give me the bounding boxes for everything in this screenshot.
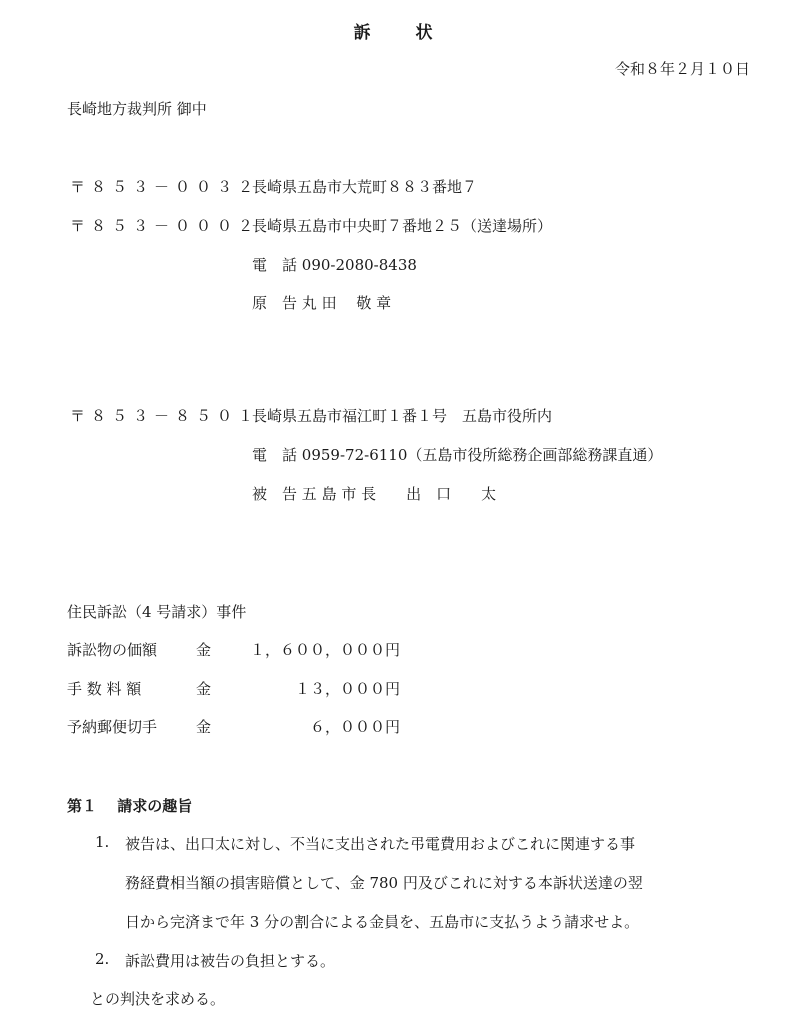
plaintiff-name: 丸 田 敬 章 (302, 294, 391, 312)
defendant-zip: 〒８５３－８５０１ (70, 405, 259, 426)
plaintiff-zip-1: 〒８５３－００３２ (70, 176, 259, 197)
phone-label: 電 話 (252, 256, 297, 274)
plaintiff-zip-2: 〒８５３－０００２ (70, 215, 259, 236)
defendant-name: 五 島 市 長 出 口 太 (302, 485, 496, 503)
plaintiff-address-2: 長崎県五島市中央町７番地２５（送達場所） (252, 215, 552, 236)
plaintiff-phone: 090-2080-8438 (302, 256, 417, 274)
item-2-line-1: 訴訟費用は被告の負担とする。 (125, 950, 335, 971)
plaintiff-phone-row: 電 話 090-2080-8438 (252, 254, 417, 275)
phone-label: 電 話 (252, 446, 297, 464)
item-1-line-3: 日から完済まで年 3 分の割合による金員を、五島市に支払うよう請求せよ。 (125, 911, 639, 932)
document-title: 訴 状 (0, 18, 800, 43)
plaintiff-name-row: 原 告 丸 田 敬 章 (252, 292, 391, 313)
item-1-line-2: 務経費相当額の損害賠償として、金 780 円及びこれに対する本訴状送達の翌 (125, 872, 643, 893)
defendant-phone: 0959-72-6110（五島市役所総務企画部総務課直通） (302, 446, 663, 464)
item-number: 2. (95, 950, 109, 968)
filing-date: 令和８年２月１０日 (615, 58, 750, 79)
section-heading: 第１ 請求の趣旨 (67, 795, 192, 816)
case-name: 住民訴訟（4 号請求）事件 (67, 601, 246, 622)
item-1-line-1: 被告は、出口太に対し、不当に支出された弔電費用およびこれに関連する事 (125, 833, 635, 854)
court-addressee: 長崎地方裁判所 御中 (67, 98, 207, 119)
fee-amount-claim-value: １，６００，０００円 (0, 639, 400, 660)
role-label: 被 告 (252, 485, 297, 503)
defendant-name-row: 被 告 五 島 市 長 出 口 太 (252, 483, 496, 504)
fee-amount-postage: ６，０００円 (0, 716, 400, 737)
plaintiff-address-1: 長崎県五島市大荒町８８３番地７ (252, 176, 477, 197)
defendant-address: 長崎県五島市福江町１番１号 五島市役所内 (252, 405, 552, 426)
role-label: 原 告 (252, 294, 297, 312)
item-number: 1. (95, 833, 109, 851)
fee-amount-filing-fee: １３，０００円 (0, 678, 400, 699)
conclusion: との判決を求める。 (90, 988, 225, 1009)
defendant-phone-row: 電 話 0959-72-6110（五島市役所総務企画部総務課直通） (252, 444, 662, 465)
